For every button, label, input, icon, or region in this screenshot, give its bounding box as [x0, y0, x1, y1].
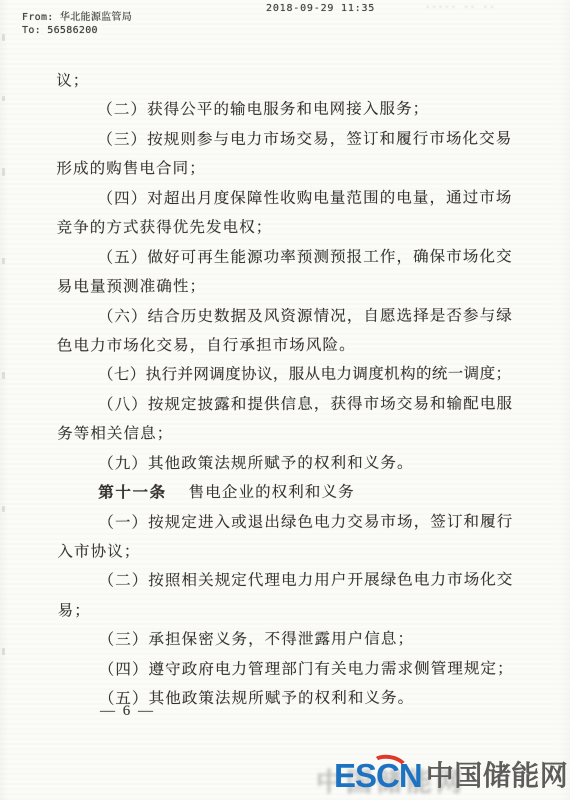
document-line: （九）其他政策法规所赋予的权利和义务。 — [57, 448, 514, 479]
fax-from-line: From: 华北能源监管局 — [22, 12, 132, 23]
document-line: （四）遵守政府电力管理部门有关电力需求侧管理规定； — [58, 654, 515, 685]
document-line: 议； — [56, 65, 513, 96]
document-body: 议； （二）获得公平的输电服务和电网接入服务； （三）按规则参与电力市场交易，签… — [56, 65, 515, 714]
article-title: 售电企业的权利和义务 — [189, 484, 355, 501]
document-line: 务等相关信息； — [57, 419, 514, 450]
escn-watermark-logo: 中国储能网 ESCN 中国储能网 — [334, 756, 564, 800]
scan-edge-mark — [2, 96, 5, 101]
document-line: （五）做好可再生能源功率预测预报工作，确保市场化交 — [57, 242, 514, 273]
scan-edge-mark — [2, 506, 5, 512]
scan-edge-mark — [2, 168, 5, 176]
article-heading: 第十一条售电企业的权利和义务 — [57, 478, 514, 509]
fax-datetime: 2018-09-29 11:35 — [266, 3, 375, 14]
escn-logo-text: ESCN — [334, 758, 422, 794]
document-line: （三）按规则参与电力市场交易，签订和履行市场化交易 — [56, 124, 513, 155]
article-number: 第十一条 — [98, 484, 166, 501]
document-line: 形成的购售电合同； — [56, 154, 513, 185]
fax-page-info-faded: ----- -- -- — [425, 2, 496, 12]
document-line: （四）对超出月度保障性收购电量范围的电量，通过市场 — [56, 183, 513, 214]
site-name-text: 中国储能网 — [426, 758, 569, 794]
document-line: （一）按规定进入或退出绿色电力交易市场，签订和履行 — [57, 507, 514, 538]
document-line: 易电量预测准确性； — [57, 271, 514, 302]
fax-header-from-to: From: 华北能源监管局 To: 56586200 — [22, 11, 132, 37]
document-line: （二）获得公平的输电服务和电网接入服务； — [56, 95, 513, 126]
document-line: （八）按规定披露和提供信息，获得市场交易和输配电服 — [57, 389, 514, 420]
document-line: （三）承担保密义务，不得泄露用户信息； — [58, 625, 515, 656]
document-line: 入市协议； — [57, 536, 514, 567]
document-line: （二）按照相关规定代理电力用户开展绿色电力市场化交 — [57, 566, 514, 597]
document-line: （六）结合历史数据及风资源情况，自愿选择是否参与绿 — [57, 301, 514, 332]
document-line: 易； — [58, 595, 515, 626]
document-line: 竞争的方式获得优先发电权； — [57, 213, 514, 244]
scan-edge-mark — [2, 258, 5, 264]
scan-edge-mark — [2, 34, 5, 41]
logo-row: ESCN 中国储能网 — [334, 758, 568, 794]
document-line: （七）执行并网调度协议，服从电力调度机构的统一调度； — [57, 360, 514, 391]
document-line: 色电力市场化交易，自行承担市场风险。 — [57, 330, 514, 361]
scan-edge-mark — [2, 648, 5, 655]
page-number: — 6 — — [100, 703, 155, 720]
fax-to-line: To: 56586200 — [22, 25, 98, 36]
scan-edge-mark — [2, 372, 5, 379]
